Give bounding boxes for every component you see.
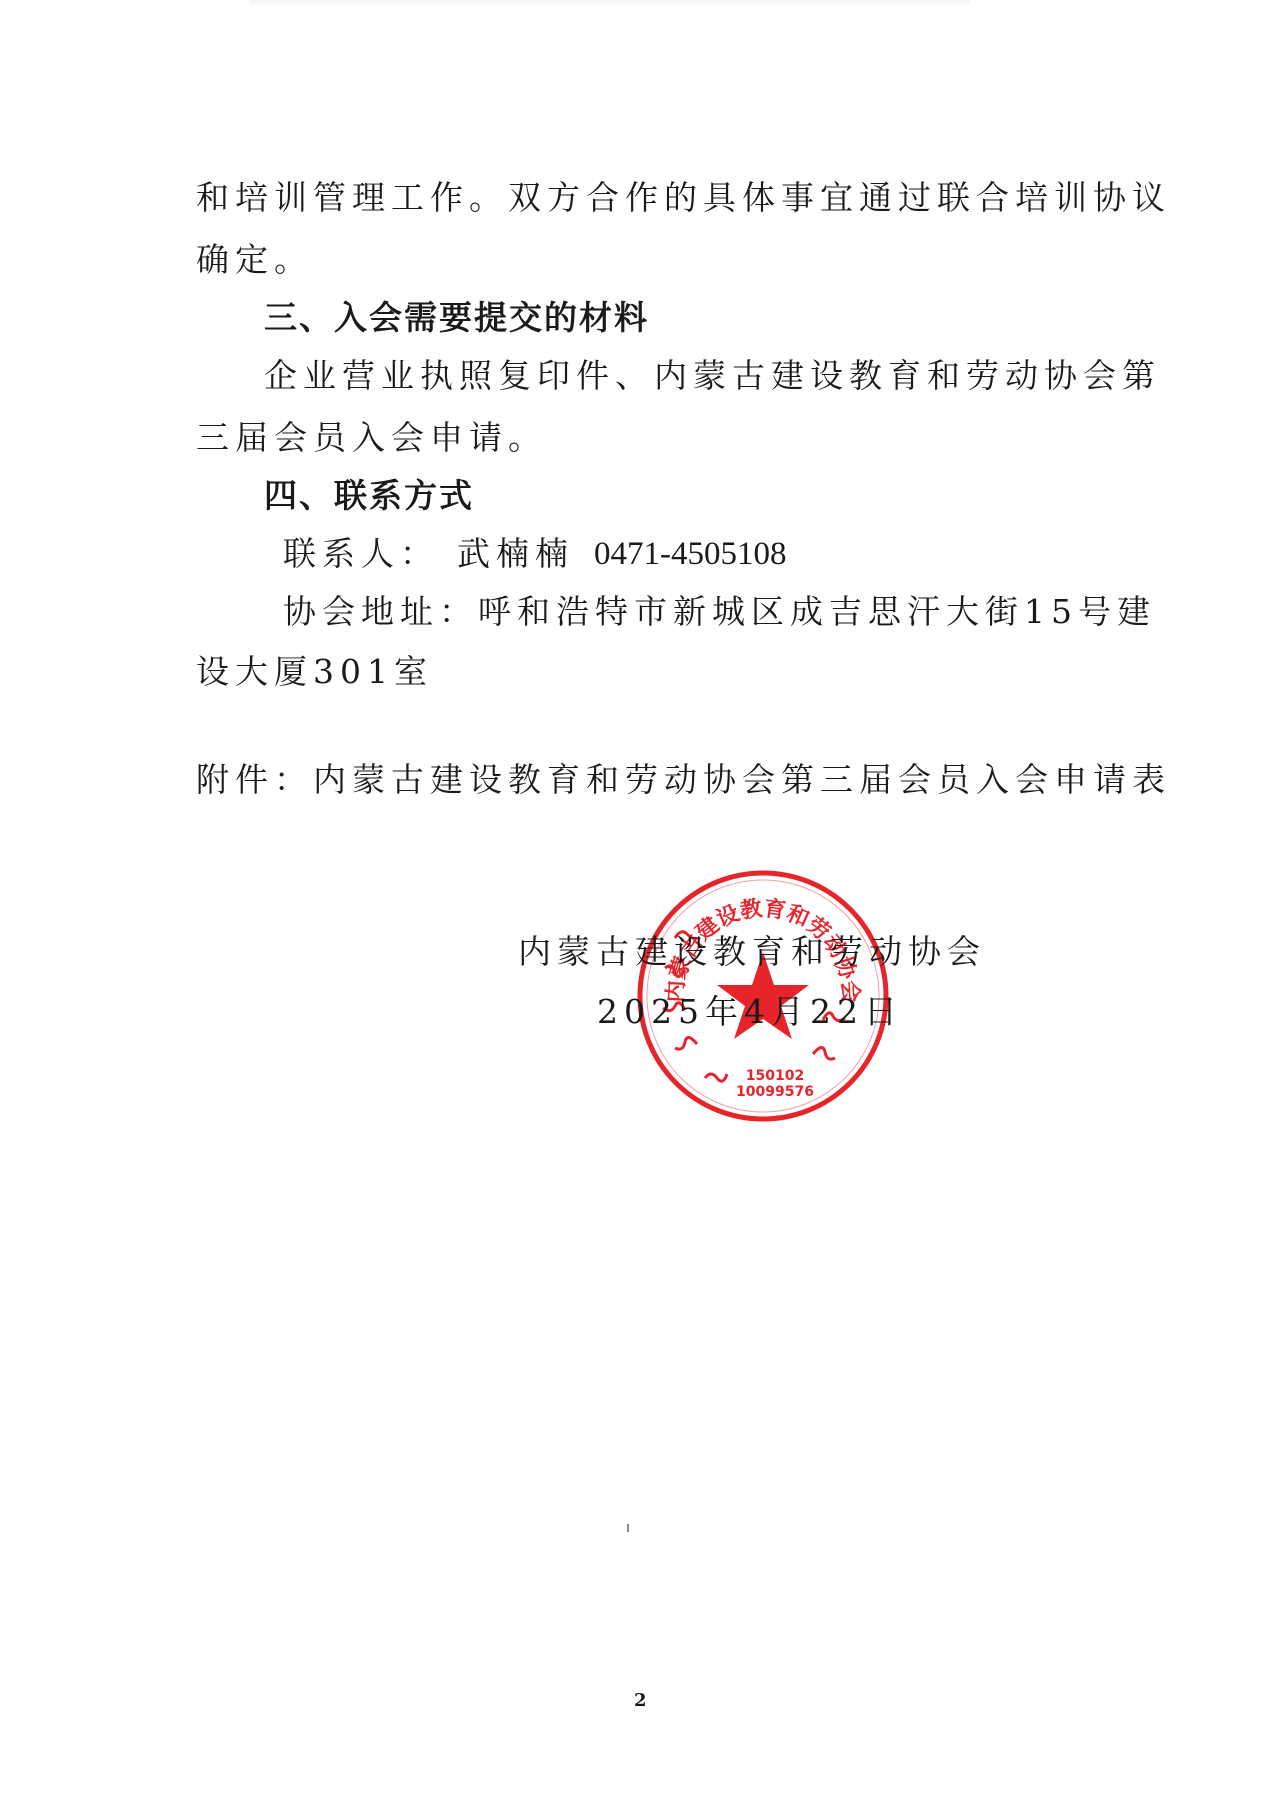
svg-text:10099576: 10099576 [736, 1084, 814, 1100]
paragraph-line: 和培训管理工作。双方合作的具体事宜通过联合培训协议 [196, 178, 1171, 218]
attachment-line: 附件：内蒙古建设教育和劳动协会第三届会员入会申请表 [196, 760, 1171, 800]
paragraph-line: 三届会员入会申请。 [196, 418, 547, 458]
section-heading: 三、入会需要提交的材料 [264, 298, 649, 338]
paragraph-line: 确定。 [196, 240, 313, 280]
contact-name: 武楠楠 [457, 534, 574, 574]
previous-page-edge [250, 0, 970, 8]
section-heading: 四、联系方式 [264, 476, 474, 516]
address-line: 协会地址：呼和浩特市新城区成吉思汗大街15号建 [283, 592, 1156, 632]
contact-label: 联系人： [283, 534, 439, 574]
contact-phone: 0471-4505108 [594, 534, 787, 574]
paragraph-line: 企业营业执照复印件、内蒙古建设教育和劳动协会第 [264, 356, 1161, 396]
scan-artifact [627, 1524, 629, 1532]
signature-organization: 内蒙古建设教育和劳动协会 [518, 932, 986, 972]
page-number: 2 [634, 1690, 647, 1711]
svg-text:150102: 150102 [746, 1068, 804, 1084]
signature-date: 2025年4月22日 [597, 992, 903, 1032]
address-line: 设大厦301室 [196, 652, 433, 692]
